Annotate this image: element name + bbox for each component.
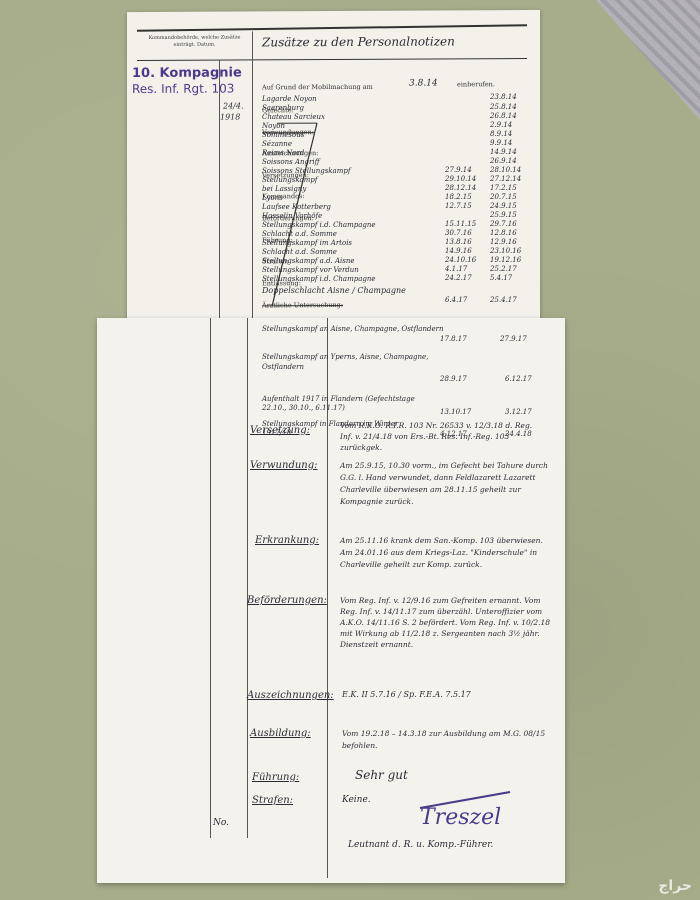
battle-entry: Chateau Sarcieux bbox=[262, 113, 325, 121]
battle-entry: bei Lassigny bbox=[262, 185, 306, 193]
battle-entry: Stellungskampf im Artois bbox=[262, 239, 352, 247]
battle-entry: Stellungskampf i.d. Champagne bbox=[262, 221, 376, 229]
battle-date-from: 6.4.17 bbox=[445, 296, 467, 304]
battle-date-from: 13.10.17 bbox=[440, 408, 471, 416]
battle-date-from: 14.9.16 bbox=[445, 247, 472, 255]
signature-stroke-icon bbox=[415, 790, 515, 810]
margin-note: No. bbox=[213, 818, 229, 828]
date-note-2: 1918 bbox=[220, 112, 240, 121]
battle-date: 3.12.17 bbox=[505, 408, 532, 416]
battle-date: 9.9.14 bbox=[490, 139, 512, 147]
battle-date-from: 24.2.17 bbox=[445, 274, 472, 282]
battle-date: 12.9.16 bbox=[490, 238, 517, 246]
section-text-befoerderungen: Vom Reg. Inf. v. 12/9.16 zum Gefreiten e… bbox=[340, 595, 555, 650]
section-text-auszeichnungen: E.K. II 5.7.16 / Sp. F.E.A. 7.5.17 bbox=[342, 688, 492, 702]
date-column-divider bbox=[219, 60, 220, 322]
battle-date: 12.8.16 bbox=[490, 229, 517, 237]
battle-entry: Reims Nord bbox=[262, 149, 304, 157]
mobilization-date: 3.8.14 bbox=[409, 78, 438, 88]
battle-date: 26.9.14 bbox=[490, 157, 517, 165]
watermark-logo: حراج bbox=[658, 878, 692, 894]
section-label-strafen: Strafen: bbox=[252, 795, 293, 806]
section-text-versetzung: Vom R.K.O. R.I.R. 103 Nr. 26533 v. 12/3.… bbox=[340, 420, 545, 453]
section-label-verwundung: Verwundung: bbox=[250, 460, 318, 471]
section-text-erkrankung: Am 25.11.16 krank dem San.-Komp. 103 übe… bbox=[340, 535, 555, 571]
battle-entry: Stellungskampf bbox=[262, 176, 317, 184]
battle-date-from: 28.12.14 bbox=[445, 184, 476, 192]
battle-date: 28.10.14 bbox=[490, 166, 521, 174]
battle-date: 25.4.17 bbox=[490, 296, 517, 304]
battle-date: 23.10.16 bbox=[490, 247, 521, 255]
battle-date: 8.9.14 bbox=[490, 130, 512, 138]
battle-entry: Noyon bbox=[262, 122, 285, 130]
battle-entry: Stellungskampf a.d. Aisne bbox=[262, 257, 355, 265]
top-rule bbox=[137, 24, 527, 31]
battle-date: 23.8.14 bbox=[490, 93, 517, 101]
battle-entry: Soissons Angriff bbox=[262, 158, 320, 166]
battle-date: 26.8.14 bbox=[490, 112, 517, 120]
battle-entry: Doppelschlacht Aisne / Champagne bbox=[262, 286, 406, 295]
battle-date: 27.12.14 bbox=[490, 175, 521, 183]
section-label-fuehrung: Führung: bbox=[252, 772, 299, 783]
battle-date: 2.9.14 bbox=[490, 121, 512, 129]
column-title: Zusätze zu den Personalnotizen bbox=[262, 34, 455, 49]
battle-date-from: 29.10.14 bbox=[445, 175, 476, 183]
mobilization-suffix: einberufen. bbox=[457, 80, 495, 88]
battle-entry: Stellungskampf i.d. Champagne bbox=[262, 275, 376, 283]
battle-date: 27.9.17 bbox=[500, 335, 527, 343]
battle-date: 29.7.16 bbox=[490, 220, 517, 228]
section-text-strafen: Keine. bbox=[342, 795, 371, 805]
signatory-title: Leutnant d. R. u. Komp.-Führer. bbox=[348, 840, 493, 850]
battle-entry: Schlacht a.d. Somme bbox=[262, 248, 337, 256]
battle-entry: Hasselin Vorhöfe bbox=[262, 212, 322, 220]
label-column-line bbox=[247, 318, 248, 838]
column-divider bbox=[252, 31, 253, 321]
battle-entry: Soissons Stellungskampf bbox=[262, 167, 350, 175]
battle-entry: Sézanne bbox=[262, 140, 292, 148]
battle-entry: Sommesous bbox=[262, 131, 304, 139]
battle-date-from: 15.11.15 bbox=[445, 220, 476, 228]
battle-date: 25.9.15 bbox=[490, 211, 517, 219]
battle-date-from: 18.2.15 bbox=[445, 193, 472, 201]
section-text-verwundung: Am 25.9.15, 10.30 vorm., im Gefecht bei … bbox=[340, 460, 550, 508]
battle-entry: Schlacht a.d. Somme bbox=[262, 230, 337, 238]
battle-entry: Laufsee Kotterberg bbox=[262, 203, 331, 211]
section-text-ausbildung: Vom 19.2.18 – 14.3.18 zur Ausbildung am … bbox=[342, 728, 557, 752]
date-note-1: 24/4. bbox=[223, 101, 244, 110]
battle-date: 6.12.17 bbox=[505, 375, 532, 383]
section-label-ausbildung: Ausbildung: bbox=[250, 728, 311, 739]
battle-date: 25.8.14 bbox=[490, 103, 517, 111]
battle-date-from: 17.8.17 bbox=[440, 335, 467, 343]
section-text-fuehrung: Sehr gut bbox=[355, 768, 408, 782]
battle-date: 20.7.15 bbox=[490, 193, 517, 201]
section-label-versetzung: Versetzung: bbox=[250, 425, 310, 436]
section-label-erkrankung: Erkrankung: bbox=[255, 535, 319, 546]
battle-date: 17.2.15 bbox=[490, 184, 517, 192]
section-label-auszeichnungen: Auszeichnungen: bbox=[247, 690, 334, 701]
battle-entry: Aufenthalt 1917 in Flandern (Gefechtstag… bbox=[262, 395, 422, 413]
battle-date-from: 12.7.15 bbox=[445, 202, 472, 210]
battle-date-from: 27.9.14 bbox=[445, 166, 472, 174]
battle-date-from: 30.7.16 bbox=[445, 229, 472, 237]
stamp-company: 10. Kompagnie bbox=[132, 65, 242, 81]
battle-date: 25.2.17 bbox=[490, 265, 517, 273]
battle-entry: Lagarde Noyon bbox=[262, 95, 317, 103]
battle-entry: Saarenburg bbox=[262, 104, 304, 112]
battle-date-from: 28.9.17 bbox=[440, 375, 467, 383]
battle-entry: Stellungskampf vor Verdun bbox=[262, 266, 359, 274]
left-margin-line bbox=[210, 318, 211, 838]
battle-date: 14.9.14 bbox=[490, 148, 517, 156]
battle-entry: Stellungskampf an Yperns, Aisne, Champag… bbox=[262, 352, 432, 372]
battle-date: 5.4.17 bbox=[490, 274, 512, 282]
header-rule bbox=[137, 58, 527, 61]
authority-label: Kommandobehörde, welche Zusätze einträgt… bbox=[147, 34, 242, 48]
section-label-befoerderungen: Beförderungen: bbox=[247, 595, 327, 606]
carpet-background bbox=[570, 0, 700, 120]
battle-date: 24.9.15 bbox=[490, 202, 517, 210]
stamp-regiment: Res. Inf. Rgt. 103 bbox=[132, 82, 234, 97]
battle-date: 19.12.16 bbox=[490, 256, 521, 264]
battle-date-from: 24.10.16 bbox=[445, 256, 476, 264]
battle-entry: Lyons bbox=[262, 194, 283, 202]
battle-entry: Stellungskampf an Aisne, Champagne, Ostf… bbox=[262, 325, 462, 333]
mobilization-prefix: Auf Grund der Mobilmachung am bbox=[262, 83, 373, 92]
battle-date-from: 13.8.16 bbox=[445, 238, 472, 246]
battle-date-from: 4.1.17 bbox=[445, 265, 467, 273]
